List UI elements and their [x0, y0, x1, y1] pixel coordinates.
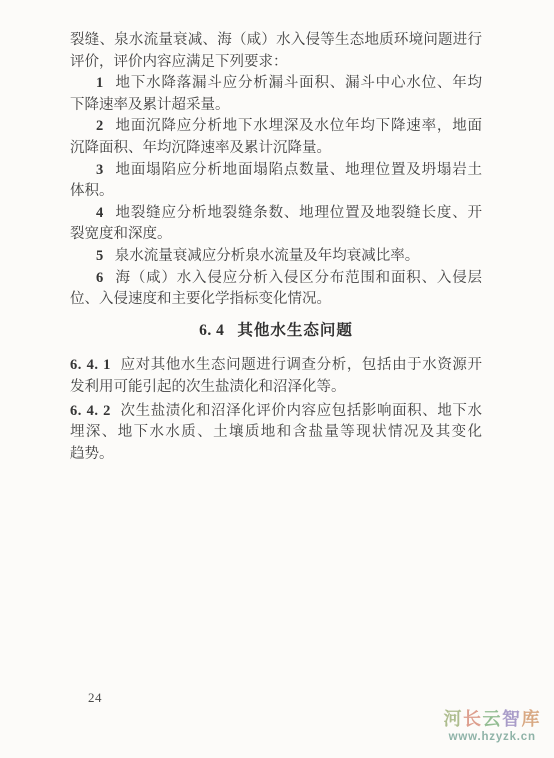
text-line: 沉降面积、年均沉降速率及累计沉降量。 [70, 138, 482, 160]
item-number: 5 [96, 248, 104, 264]
section-number: 6. 4 [199, 322, 224, 339]
text-line: 4地裂缝应分析地裂缝条数、地理位置及地裂缝长度、开 [70, 203, 482, 225]
item-text: 海（咸）水入侵应分析入侵区分布范围和面积、入侵层 [115, 270, 482, 286]
text-line: 埋深、地下水水质、土壤质地和含盐量等现状情况及其变化 [70, 422, 482, 444]
clause-number: 6. 4. 2 [70, 403, 111, 419]
text-line: 3地面塌陷应分析地面塌陷点数量、地理位置及坍塌岩土 [70, 160, 482, 182]
text-line: 6海（咸）水入侵应分析入侵区分布范围和面积、入侵层 [70, 268, 482, 290]
watermark-url: www.hzyzk.cn [444, 730, 542, 744]
text-line: 1地下水降落漏斗应分析漏斗面积、漏斗中心水位、年均 [70, 73, 482, 95]
watermark-char: 河 [444, 709, 464, 729]
page-body: 裂缝、泉水流量衰减、海（咸）水入侵等生态地质环境问题进行 评价，评价内容应满足下… [70, 30, 482, 465]
text-line: 6. 4. 2次生盐渍化和沼泽化评价内容应包括影响面积、地下水 [70, 401, 482, 423]
item-text: 地面塌陷应分析地面塌陷点数量、地理位置及坍塌岩土 [115, 162, 482, 178]
item-text: 地下水降落漏斗应分析漏斗面积、漏斗中心水位、年均 [115, 75, 482, 91]
watermark-char: 长 [463, 709, 483, 729]
numbered-item-5: 5泉水流量衰减应分析泉水流量及年均衰减比率。 [70, 246, 482, 268]
page-number: 24 [88, 690, 102, 706]
text-line: 裂缝、泉水流量衰减、海（咸）水入侵等生态地质环境问题进行 [70, 30, 482, 52]
text-line: 发利用可能引起的次生盐渍化和沼泽化等。 [70, 377, 482, 399]
text-line: 5泉水流量衰减应分析泉水流量及年均衰减比率。 [70, 246, 482, 268]
numbered-item-1: 1地下水降落漏斗应分析漏斗面积、漏斗中心水位、年均 下降速率及累计超采量。 [70, 73, 482, 116]
item-number: 6 [96, 270, 104, 286]
watermark: 河长云智库 www.hzyzk.cn [444, 709, 542, 744]
section-heading: 6. 4其他水生态问题 [70, 320, 482, 342]
numbered-item-3: 3地面塌陷应分析地面塌陷点数量、地理位置及坍塌岩土 体积。 [70, 160, 482, 203]
clause-text: 应对其他水生态问题进行调查分析，包括由于水资源开 [120, 357, 482, 373]
text-line: 6. 4. 1应对其他水生态问题进行调查分析，包括由于水资源开 [70, 355, 482, 377]
numbered-item-2: 2地面沉降应分析地下水埋深及水位年均下降速率，地面 沉降面积、年均沉降速率及累计… [70, 116, 482, 159]
item-text: 泉水流量衰减应分析泉水流量及年均衰减比率。 [115, 248, 420, 264]
intro-paragraph: 裂缝、泉水流量衰减、海（咸）水入侵等生态地质环境问题进行 评价，评价内容应满足下… [70, 30, 482, 73]
item-text: 地裂缝应分析地裂缝条数、地理位置及地裂缝长度、开 [115, 205, 482, 221]
item-text: 地面沉降应分析地下水埋深及水位年均下降速率，地面 [115, 118, 482, 134]
clause-text: 次生盐渍化和沼泽化评价内容应包括影响面积、地下水 [120, 403, 482, 419]
watermark-char: 云 [483, 709, 503, 729]
text-line: 体积。 [70, 181, 482, 203]
numbered-item-4: 4地裂缝应分析地裂缝条数、地理位置及地裂缝长度、开 裂宽度和深度。 [70, 203, 482, 246]
item-number: 1 [96, 75, 104, 91]
item-number: 3 [96, 162, 104, 178]
watermark-brand: 河长云智库 [444, 709, 542, 729]
text-line: 位、入侵速度和主要化学指标变化情况。 [70, 289, 482, 311]
watermark-char: 智 [502, 709, 522, 729]
text-line: 趋势。 [70, 444, 482, 466]
text-line: 裂宽度和深度。 [70, 224, 482, 246]
watermark-char: 库 [522, 709, 542, 729]
document-page: 裂缝、泉水流量衰减、海（咸）水入侵等生态地质环境问题进行 评价，评价内容应满足下… [0, 0, 554, 758]
numbered-item-6: 6海（咸）水入侵应分析入侵区分布范围和面积、入侵层 位、入侵速度和主要化学指标变… [70, 268, 482, 311]
clause-6-4-1: 6. 4. 1应对其他水生态问题进行调查分析，包括由于水资源开 发利用可能引起的… [70, 355, 482, 398]
item-number: 4 [96, 205, 104, 221]
text-line: 下降速率及累计超采量。 [70, 95, 482, 117]
clause-number: 6. 4. 1 [70, 357, 111, 373]
item-number: 2 [96, 118, 104, 134]
text-line: 评价，评价内容应满足下列要求： [70, 52, 482, 74]
clause-6-4-2: 6. 4. 2次生盐渍化和沼泽化评价内容应包括影响面积、地下水 埋深、地下水水质… [70, 401, 482, 466]
text-line: 2地面沉降应分析地下水埋深及水位年均下降速率，地面 [70, 116, 482, 138]
section-title: 其他水生态问题 [237, 322, 353, 339]
